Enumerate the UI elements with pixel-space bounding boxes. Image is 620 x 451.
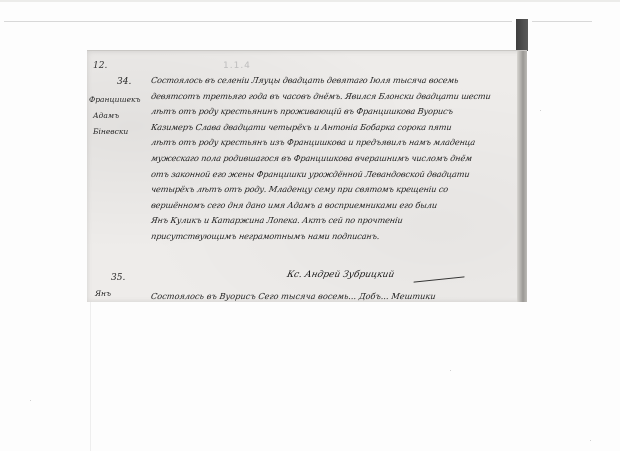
margin-name: Янъ (95, 289, 111, 298)
entry-text: Состоялось въ селеніи Ляуцы двадцать дев… (151, 73, 517, 245)
binding-clip (516, 19, 528, 51)
entry-number: 35. (111, 273, 125, 283)
handwritten-line: девятсотъ третьяго года въ часовъ днёмъ.… (150, 89, 518, 105)
margin-column: 34. Францишекъ Адамъ Біневски 35. Янъ (87, 51, 149, 302)
handwritten-line: лѣтъ отъ роду крестьянъ изъ Францишкова … (150, 135, 518, 151)
handwritten-line: присутствующимъ неграмотнымъ нами подпис… (150, 229, 518, 245)
handwritten-line: Казимеръ Слава двадцати четырёхъ и Антон… (150, 120, 518, 136)
scan-speck (450, 370, 451, 371)
margin-name: Францишекъ (89, 95, 141, 104)
page-spine (517, 51, 527, 302)
scan-artifact-line (42, 21, 512, 22)
scan-page-edge (90, 300, 91, 451)
margin-name: Біневски (93, 127, 128, 136)
handwritten-line: Состоялось въ селеніи Ляуцы двадцать дев… (150, 73, 518, 89)
entry-number: 34. (117, 77, 131, 87)
scan-artifact-line (532, 21, 592, 22)
handwritten-line: отъ законной его жены Францишки урождённ… (150, 167, 518, 183)
register-page: 12. 1.1.4 34. Францишекъ Адамъ Біневски … (87, 50, 527, 302)
handwritten-line: мужескаго пола родившагося въ Францишков… (150, 151, 518, 167)
handwritten-line: вершённомъ сего дня дано имя Адамъ а вос… (150, 198, 518, 214)
margin-name: Адамъ (93, 111, 119, 120)
handwritten-line: Янъ Куликъ и Катаржина Лопека. Актъ сей … (150, 213, 518, 229)
handwritten-line: лѣтъ отъ роду крестьянинъ проживающій въ… (150, 104, 518, 120)
handwritten-line: четырёхъ лѣтъ отъ роду. Младенцу сему пр… (150, 182, 518, 198)
scan-speck (30, 400, 31, 401)
scan-speck (540, 110, 541, 111)
priest-signature: Кс. Андрей Зубрицкий (286, 270, 395, 280)
scan-speck (590, 440, 591, 441)
archive-stamp: 1.1.4 (223, 61, 251, 71)
handwritten-line: Состоялось въ Вуорисъ Сего тысяча восемь… (150, 291, 436, 302)
scan-edge (0, 0, 620, 2)
